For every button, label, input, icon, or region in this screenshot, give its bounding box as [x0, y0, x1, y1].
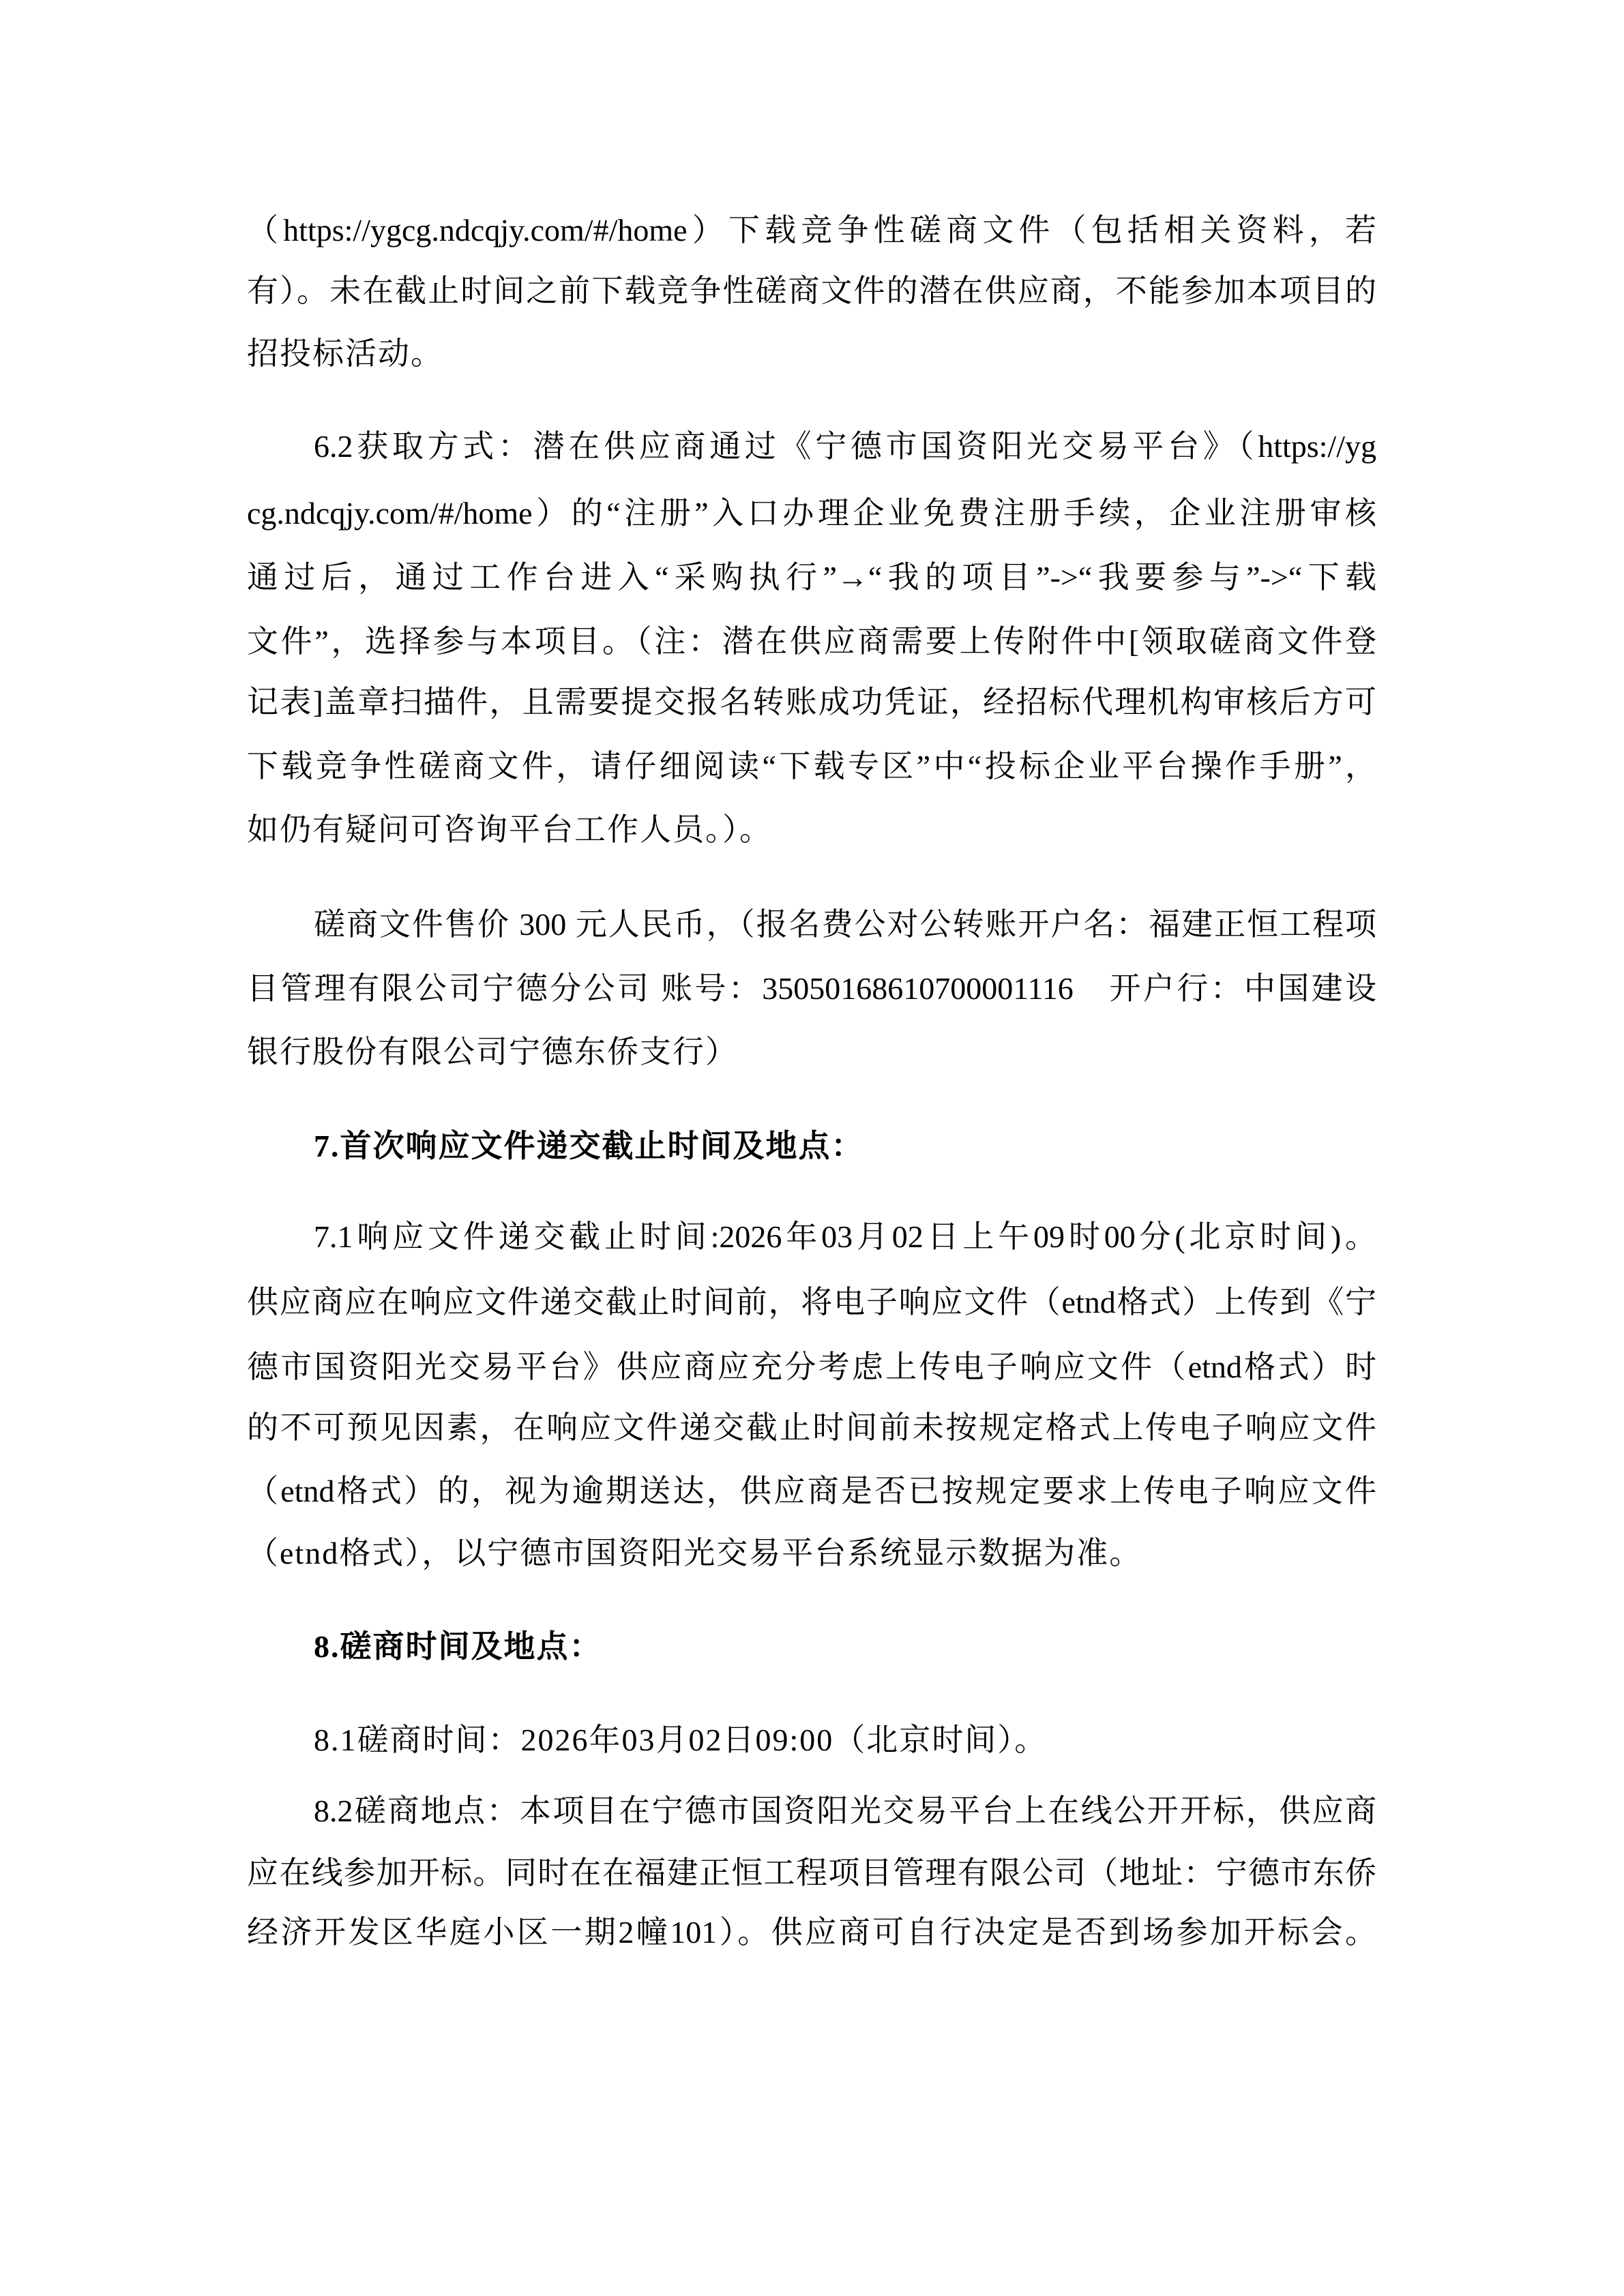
- document-page: （https://ygcg.ndcqjy.com/#/home）下载竞争性磋商文…: [0, 0, 1624, 2296]
- paragraph-fee-line: 目管理有限公司宁德分公司 账号：35050168610700001116 开户行…: [247, 968, 1376, 1009]
- paragraph-deadline-line: 的不可预见因素，在响应文件递交截止时间前未按规定格式上传电子响应文件: [247, 1407, 1376, 1448]
- section-heading-8: 8.磋商时间及地点：: [314, 1626, 1376, 1667]
- paragraph-fee-line: 银行股份有限公司宁德东侨支行）: [247, 1032, 1376, 1073]
- paragraph-deadline-line: 7.1响应文件递交截止时间:2026年03月02日上午09时00分(北京时间)。: [314, 1217, 1376, 1257]
- paragraph-deadline-line: （etnd格式）的，视为逾期送达，供应商是否已按规定要求上传电子响应文件: [247, 1471, 1376, 1512]
- paragraph-deadline-line: 供应商应在响应文件递交截止时间前，将电子响应文件（etnd格式）上传到《宁: [247, 1282, 1376, 1323]
- paragraph-acquisition-method-line: 如仍有疑问可咨询平台工作人员。）。: [247, 809, 1376, 850]
- paragraph-acquisition-method-line: 记表]盖章扫描件，且需要提交报名转账成功凭证，经招标代理机构审核后方可: [247, 682, 1376, 723]
- paragraph-deadline-line: （etnd格式），以宁德市国资阳光交易平台系统显示数据为准。: [247, 1533, 1376, 1574]
- paragraph-download-line: 有）。未在截止时间之前下载竞争性磋商文件的潜在供应商，不能参加本项目的: [247, 271, 1376, 312]
- paragraph-fee-line: 磋商文件售价 300 元人民币，（报名费公对公转账开户名：福建正恒工程项: [314, 904, 1376, 945]
- paragraph-negotiation-location-line: 经济开发区华庭小区一期2幢101）。供应商可自行决定是否到场参加开标会。: [247, 1912, 1376, 1953]
- paragraph-download-line: 招投标活动。: [247, 333, 1376, 374]
- paragraph-download-line: （https://ygcg.ndcqjy.com/#/home）下载竞争性磋商文…: [247, 210, 1376, 251]
- paragraph-negotiation-location-line: 应在线参加开标。同时在在福建正恒工程项目管理有限公司（地址：宁德市东侨: [247, 1853, 1376, 1894]
- paragraph-acquisition-method-line: 通过后，通过工作台进入“采购执行”→“我的项目”->“我要参与”->“下载: [247, 557, 1376, 598]
- section-heading-7: 7.首次响应文件递交截止时间及地点：: [314, 1126, 1376, 1167]
- paragraph-negotiation-time: 8.1磋商时间：2026年03月02日09:00（北京时间）。: [314, 1720, 1376, 1761]
- paragraph-acquisition-method-line: 文件”，选择参与本项目。（注：潜在供应商需要上传附件中[领取磋商文件登: [247, 621, 1376, 662]
- paragraph-acquisition-method-line: cg.ndcqjy.com/#/home）的“注册”入口办理企业免费注册手续，企…: [247, 493, 1376, 534]
- paragraph-deadline-line: 德市国资阳光交易平台》供应商应充分考虑上传电子响应文件（etnd格式）时: [247, 1347, 1376, 1388]
- paragraph-acquisition-method-line: 下载竞争性磋商文件，请仔细阅读“下载专区”中“投标企业平台操作手册”，: [247, 746, 1376, 787]
- paragraph-acquisition-method-line: 6.2获取方式：潜在供应商通过《宁德市国资阳光交易平台》（https://yg: [314, 426, 1376, 467]
- paragraph-negotiation-location-line: 8.2磋商地点：本项目在宁德市国资阳光交易平台上在线公开开标，供应商: [314, 1791, 1376, 1832]
